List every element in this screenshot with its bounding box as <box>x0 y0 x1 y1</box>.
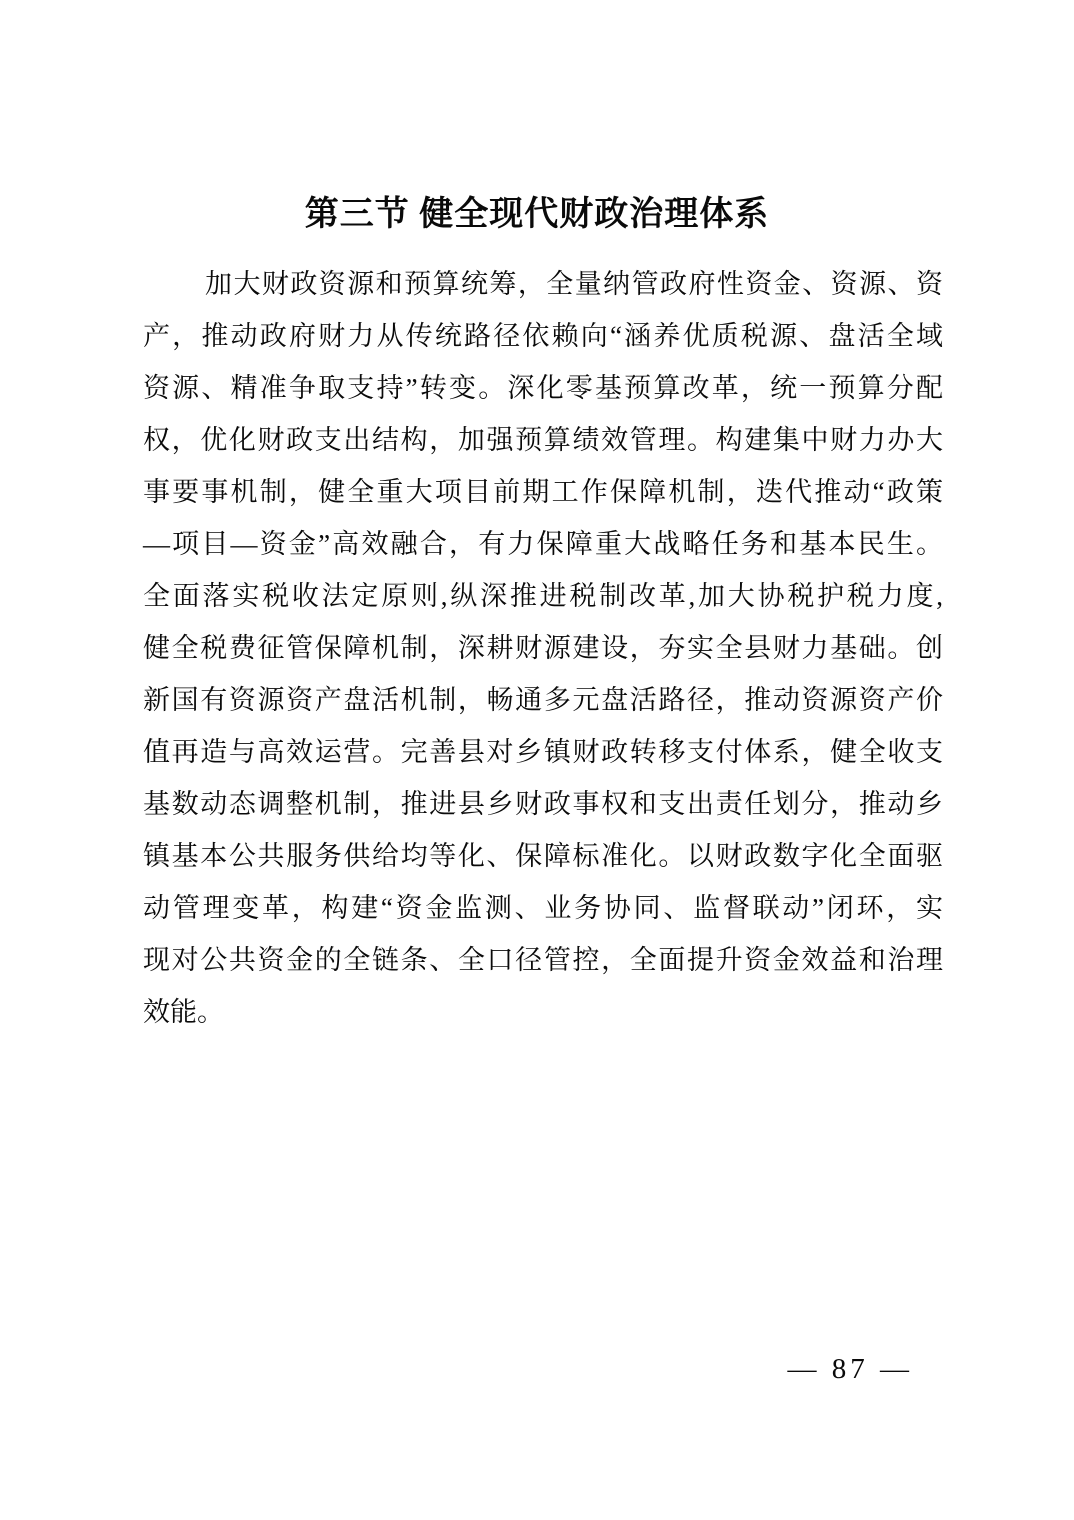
paragraph-line: 产，推动政府财力从传统路径依赖向“涵养优质税源、盘活全域 <box>143 310 943 362</box>
paragraph-line: 新国有资源资产盘活机制，畅通多元盘活路径，推动资源资产价 <box>143 674 943 726</box>
paragraph-line: 值再造与高效运营。完善县对乡镇财政转移支付体系，健全收支 <box>143 726 943 778</box>
paragraph-line: 效能。 <box>143 986 943 1038</box>
paragraph-line: 现对公共资金的全链条、全口径管控，全面提升资金效益和治理 <box>143 934 943 986</box>
paragraph-line: 加大财政资源和预算统筹，全量纳管政府性资金、资源、资 <box>143 258 943 310</box>
page-number: — 87 — <box>788 1352 914 1386</box>
paragraph-line: 事要事机制，健全重大项目前期工作保障机制，迭代推动“政策 <box>143 466 943 518</box>
section-title: 第三节 健全现代财政治理体系 <box>0 192 1074 238</box>
paragraph-line: 健全税费征管保障机制，深耕财源建设，夯实全县财力基础。创 <box>143 622 943 674</box>
body-text: 加大财政资源和预算统筹，全量纳管政府性资金、资源、资 产，推动政府财力从传统路径… <box>143 258 943 1038</box>
document-page: 第三节 健全现代财政治理体系 加大财政资源和预算统筹，全量纳管政府性资金、资源、… <box>0 0 1074 1520</box>
paragraph-line: 镇基本公共服务供给均等化、保障标准化。以财政数字化全面驱 <box>143 830 943 882</box>
paragraph-line: 动管理变革，构建“资金监测、业务协同、监督联动”闭环，实 <box>143 882 943 934</box>
paragraph-line: —项目—资金”高效融合，有力保障重大战略任务和基本民生。 <box>143 518 943 570</box>
paragraph-line: 全面落实税收法定原则,纵深推进税制改革,加大协税护税力度, <box>143 570 943 622</box>
paragraph-line: 权，优化财政支出结构，加强预算绩效管理。构建集中财力办大 <box>143 414 943 466</box>
paragraph-line: 资源、精准争取支持”转变。深化零基预算改革，统一预算分配 <box>143 362 943 414</box>
paragraph-line: 基数动态调整机制，推进县乡财政事权和支出责任划分，推动乡 <box>143 778 943 830</box>
